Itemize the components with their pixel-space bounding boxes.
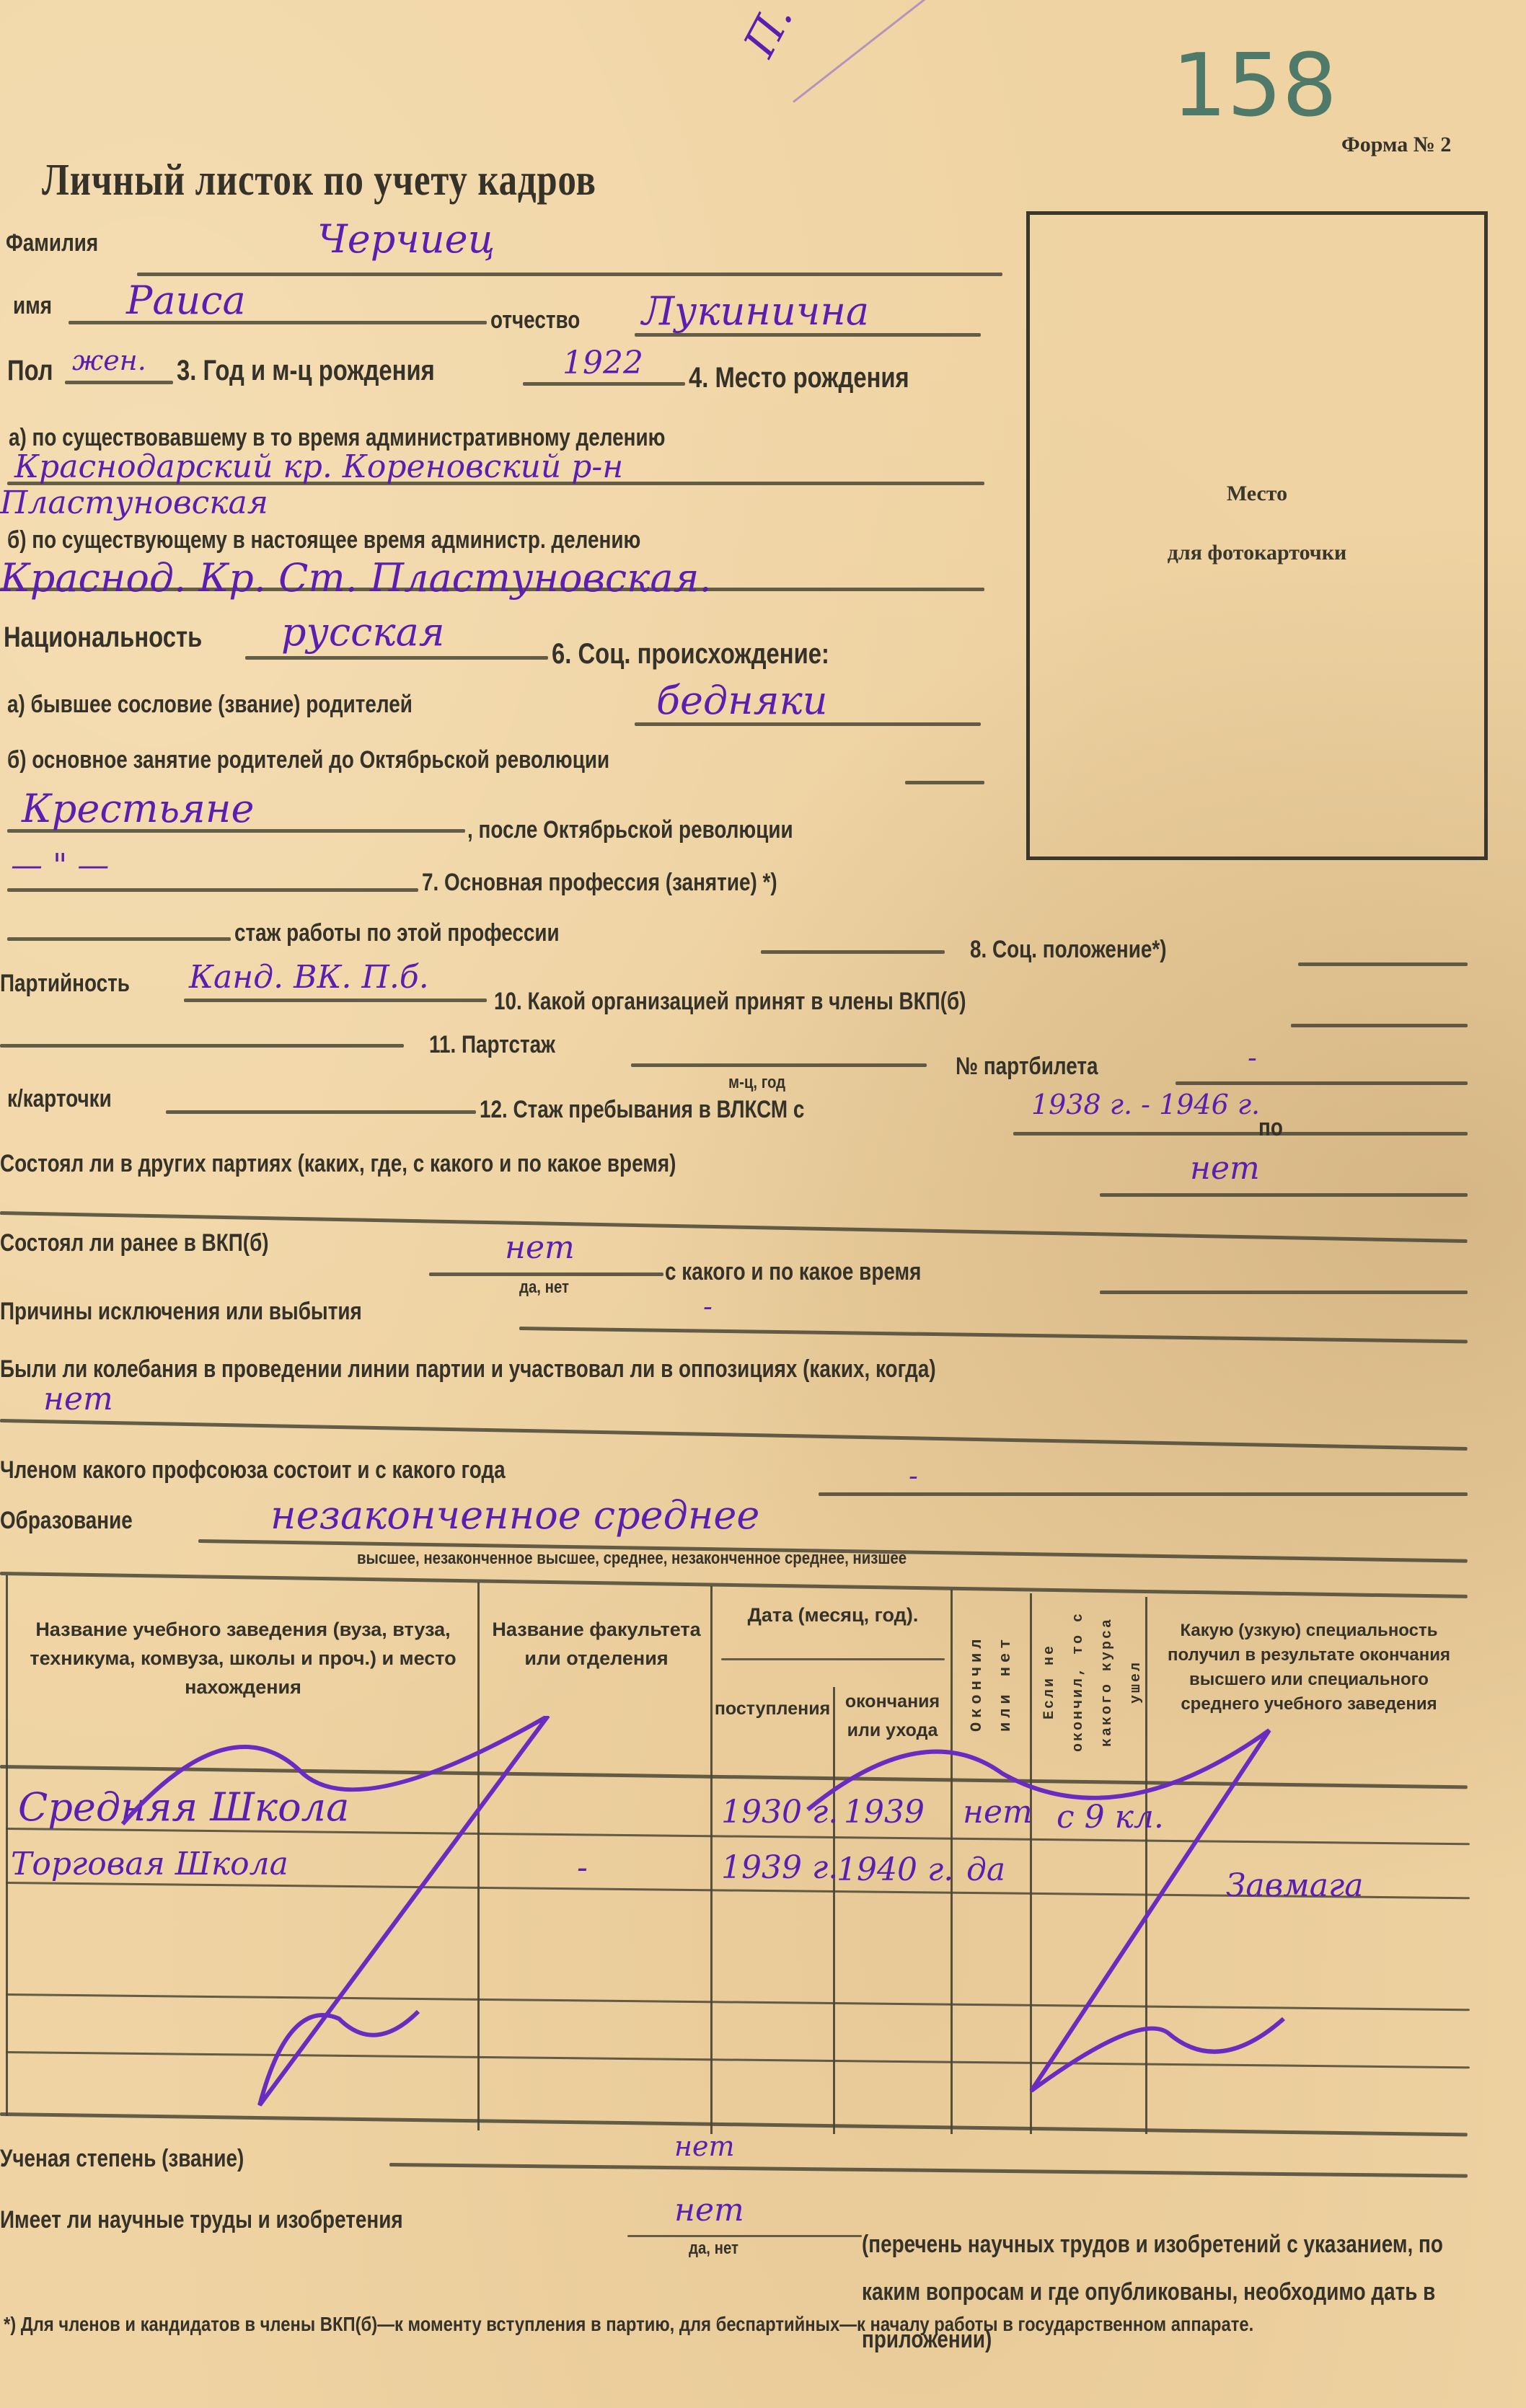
sex-label: Пол [7, 355, 53, 387]
sex-value[interactable]: жен. [72, 345, 146, 376]
candidate-card-label: к/карточки [7, 1085, 112, 1113]
education-value[interactable]: незаконченное среднее [270, 1492, 759, 1538]
oppositions-line [0, 1419, 1468, 1451]
education-options-hint: высшее, незаконченное высшее, среднее, н… [357, 1549, 907, 1569]
former-vkpb-value[interactable]: нет [505, 1229, 575, 1266]
other-parties-line [1100, 1193, 1468, 1197]
komsomol-suffix: по [1258, 1114, 1283, 1142]
other-parties-value[interactable]: нет [1190, 1150, 1260, 1187]
trade-union-line [819, 1492, 1468, 1496]
works-note: (перечень научных трудов и изобретений с… [862, 2221, 1477, 2363]
birthplace-now-value[interactable]: Краснод. Кр. Ст. Пластуновская. [0, 555, 712, 601]
footnote: *) Для членов и кандидатов в члены ВКП(б… [4, 2311, 1463, 2338]
party-line [184, 999, 487, 1002]
works-line [627, 2235, 862, 2237]
party-card-value[interactable]: - [1248, 1042, 1257, 1074]
former-vkpb-period-label: с какого и по какое время [665, 1258, 921, 1286]
oppositions-value[interactable]: нет [43, 1381, 113, 1417]
profession-label: 7. Основная профессия (занятие) *) [422, 869, 777, 897]
komsomol-value[interactable]: 1938 г. - 1946 г. [1031, 1089, 1260, 1120]
parents-occupation-before-value[interactable]: Крестьяне [22, 786, 254, 831]
parents-occupation-after-label: , после Октябрьской революции [467, 816, 793, 844]
degree-line [389, 2163, 1468, 2178]
sex-line [65, 381, 173, 384]
birthplace-now-label: б) по существующему в настоящее время ад… [7, 526, 640, 554]
header-date: Дата (месяц, год). [721, 1601, 945, 1629]
surname-value[interactable]: Черчиец [317, 216, 495, 262]
party-tenure-line [631, 1063, 927, 1067]
photo-label-line2: для фотокарточки [1030, 541, 1484, 565]
other-parties-label: Состоял ли в других партиях (каких, где,… [0, 1150, 676, 1178]
party-org-line [1291, 1024, 1468, 1027]
experience-pre-line [7, 937, 231, 941]
former-vkpb-period-line [1100, 1291, 1468, 1294]
former-vkpb-label: Состоял ли ранее в ВКП(б) [0, 1229, 269, 1257]
birthplace-then-value-2[interactable]: Пластуновская [0, 484, 268, 521]
birthplace-label: 4. Место рождения [689, 362, 909, 394]
works-sublabel: да, нет [689, 2239, 738, 2259]
exclusion-value[interactable]: - [703, 1291, 713, 1322]
works-label: Имеет ли научные труды и изобретения [0, 2206, 403, 2234]
header-institution: Название учебного заведения (вуза, втуза… [9, 1615, 477, 1701]
party-org-label: 10. Какой организацией принят в члены ВК… [494, 988, 966, 1016]
party-tenure-sublabel: м-ц, год [728, 1073, 785, 1093]
photo-label-line1: Место [1030, 482, 1484, 506]
patronymic-label: отчество [490, 306, 580, 335]
parents-occupation-after-value[interactable]: — " — [11, 847, 109, 884]
oppositions-label: Были ли колебания в проведении линии пар… [0, 1355, 936, 1384]
birth-line [523, 382, 685, 386]
works-value[interactable]: нет [674, 2192, 744, 2228]
nationality-label: Национальность [4, 621, 202, 654]
party-card-label: № партбилета [956, 1053, 1098, 1081]
party-card-line [1176, 1081, 1468, 1085]
table-top-border [0, 1572, 1468, 1598]
trade-union-value[interactable]: - [909, 1460, 918, 1492]
parents-estate-value[interactable]: бедняки [656, 678, 828, 723]
former-vkpb-sublabel: да, нет [519, 1278, 569, 1298]
social-origin-label: 6. Соц. происхождение: [552, 638, 829, 670]
parents-occupation-before-label: б) основное занятие родителей до Октябрь… [7, 746, 609, 774]
party-tenure-label: 11. Партстаж [429, 1031, 555, 1059]
form-number: Форма № 2 [1341, 133, 1451, 157]
first-name-value[interactable]: Раиса [126, 278, 246, 323]
social-status-line [1298, 962, 1468, 966]
party-value[interactable]: Канд. ВК. П.б. [189, 959, 429, 996]
first-name-label: имя [13, 292, 52, 320]
handwritten-annotation: П. вз. Беси [734, 0, 896, 65]
social-status-label: 8. Соц. положение*) [970, 936, 1167, 964]
candidate-card-line [166, 1110, 476, 1114]
komsomol-line [1013, 1132, 1468, 1136]
trade-union-label: Членом какого профсоюза состоит и с како… [0, 1456, 506, 1484]
nationality-line [245, 656, 548, 660]
birth-label: 3. Год и м-ц рождения [177, 355, 435, 387]
parents-occupation-before-line [905, 781, 984, 784]
date-subheader-line [721, 1658, 945, 1660]
former-vkpb-line [429, 1272, 663, 1276]
parents-estate-label: а) бывшее сословие (звание) родителей [7, 691, 413, 719]
patronymic-value[interactable]: Лукинична [642, 288, 869, 334]
degree-value[interactable]: нет [674, 2130, 735, 2162]
header-specialty: Какую (узкую) специальность получил в ре… [1154, 1619, 1464, 1717]
komsomol-label: 12. Стаж пребывания в ВЛКСМ с [480, 1096, 804, 1124]
party-org-line-2 [0, 1044, 404, 1048]
exclusion-label: Причины исключения или выбытия [0, 1298, 362, 1326]
work-experience-line [761, 950, 945, 954]
exclusion-line [519, 1327, 1468, 1343]
birthplace-then-value[interactable]: Краснодарский кр. Кореновский р-н [14, 448, 623, 485]
degree-label: Ученая степень (звание) [0, 2145, 244, 2173]
page-title: Личный листок по учету кадров [42, 155, 596, 206]
photo-placeholder-box: Место для фотокарточки [1026, 211, 1488, 860]
party-label: Партийность [0, 970, 130, 998]
annotation-stroke [793, 0, 1010, 103]
work-experience-label: стаж работы по этой профессии [234, 919, 560, 947]
strike-through-marks [0, 1716, 1526, 2120]
birth-value[interactable]: 1922 [563, 345, 643, 381]
education-label: Образование [0, 1507, 133, 1535]
profession-line [7, 888, 418, 892]
nationality-value[interactable]: русская [281, 609, 445, 655]
surname-label: Фамилия [6, 229, 98, 257]
header-faculty: Название факультета или отделения [482, 1615, 711, 1673]
pencil-page-number: 158 [1172, 36, 1337, 136]
surname-line [137, 273, 1002, 276]
